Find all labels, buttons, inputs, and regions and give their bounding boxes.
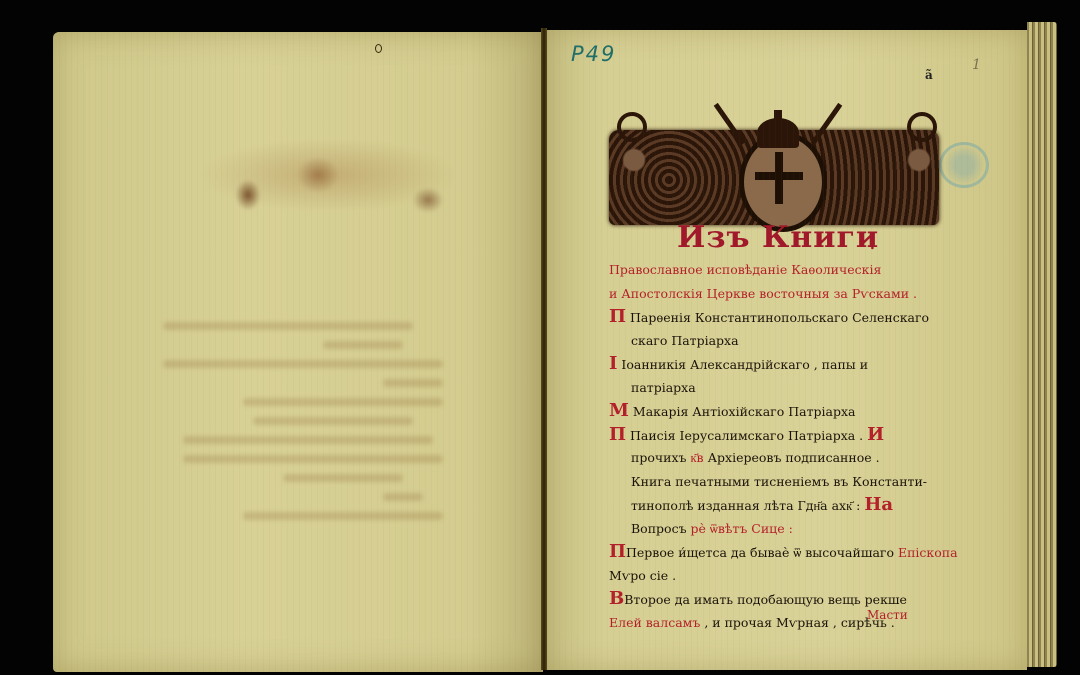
ghost-line [283,474,403,482]
folio-number: 1 [972,57,981,73]
stamp-icon [939,142,989,188]
title-colon: : [869,230,876,254]
line-text: прочихъ [631,450,686,465]
crown-icon [774,110,782,122]
page-edges [1027,22,1057,667]
crown-icon [757,118,799,148]
line-text: Вопросъ [631,521,687,536]
ghost-line [243,398,443,406]
red-numeral: к҃в [690,450,703,465]
ghost-line [183,436,433,444]
text-line: П Парѳенія Константинопольскаго Селенска… [609,305,939,329]
text-line: Православное исповѣданіе Каѳолическія [609,258,939,282]
cross-icon [755,172,803,180]
line-text: Православное исповѣданіе Каѳолическія [609,262,881,277]
catchword: Масти [867,608,908,622]
line-text: Паисія Іерусалимскаго Патріарха . [630,428,863,443]
red-initial: М [609,400,629,421]
red-initial: На [864,494,893,515]
text-line: тинополѣ изданная лѣта Гдн҃а ахк҃ : На [609,493,939,517]
red-text: Сице : [751,521,793,536]
line-text: Макарія Антіохійскаго Патріарха [633,404,856,419]
ghost-line [243,512,443,520]
right-page: P49 а̃ 1 Изъ Книги : Православное исповѣ… [547,30,1027,670]
text-line: ВВторое да имать подобающую вещь рекше [609,587,939,611]
ghost-line [183,455,443,463]
scroll-icon [617,112,647,142]
body-text: Православное исповѣданіе Каѳолическія и … [609,258,939,634]
book-spread: P49 а̃ 1 Изъ Книги : Православное исповѣ… [0,0,1080,675]
ghost-line [163,360,443,368]
page-title: Изъ Книги [677,220,879,255]
text-line: патріарха [609,376,939,400]
line-text: Архіереовъ подписанное . [708,450,880,465]
line-text: тинополѣ изданная лѣта Гдн҃а ахк҃ : [631,498,860,513]
line-text: Второе да имать подобающую вещь рекше [624,592,907,607]
left-page [53,32,543,672]
text-line: Книга печатными тисненіемъ въ Константи- [609,470,939,494]
bleed-through-ornament [168,120,488,225]
text-line: скаго Патріарха [609,329,939,353]
red-initial: И [867,424,884,445]
bleed-through-text [163,322,483,531]
ghost-line [383,493,423,501]
scroll-icon [907,112,937,142]
red-initial: В [609,588,624,609]
text-line: и Апостолскія Церкве восточныя за Рѵскам… [609,282,939,306]
line-text: Парѳенія Константинопольскаго Селенскаго [630,310,929,325]
text-line: Мѵро сіе . [609,564,939,588]
text-line: ППервое и́щетса да бываѐ ѿ высочайшаго Е… [609,540,939,564]
shelfmark: P49 [571,42,616,66]
line-text: скаго Патріарха [631,333,739,348]
page-mark [375,44,382,53]
red-initial: П [609,541,626,562]
line-text: и Апостолскія Церкве восточныя за Рѵскам… [609,286,917,301]
folio-letter: а̃ [925,68,933,82]
red-initial: П [609,424,626,445]
ghost-line [253,417,413,425]
ghost-line [323,341,403,349]
headpiece-ornament [609,90,939,228]
line-text: Іоанникія Александрійскаго , папы и [621,357,868,372]
line-text: Мѵро сіе . [609,568,676,583]
text-line: Вопросъ рѐ ѿвѣтъ Сице : [609,517,939,541]
text-line: П Паисія Іерусалимскаго Патріарха . И [609,423,939,447]
red-text: Епіскопа [898,545,958,560]
line-text: патріарха [631,380,696,395]
red-initial: І [609,353,617,374]
line-text: Книга печатными тисненіемъ въ Константи- [631,474,927,489]
text-line: М Макарія Антіохійскаго Патріарха [609,399,939,423]
red-text: рѐ [691,521,706,536]
red-text: ѿвѣтъ [710,521,747,536]
red-initial: П [609,306,626,327]
ghost-line [383,379,443,387]
text-line: І Іоанникія Александрійскаго , папы и [609,352,939,376]
line-text: Первое и́щетса да бываѐ ѿ высочайшаго [626,545,894,560]
red-text: Елей валсамъ [609,615,700,630]
text-line: прочихъ к҃в Архіереовъ подписанное . [609,446,939,470]
ghost-line [163,322,413,330]
